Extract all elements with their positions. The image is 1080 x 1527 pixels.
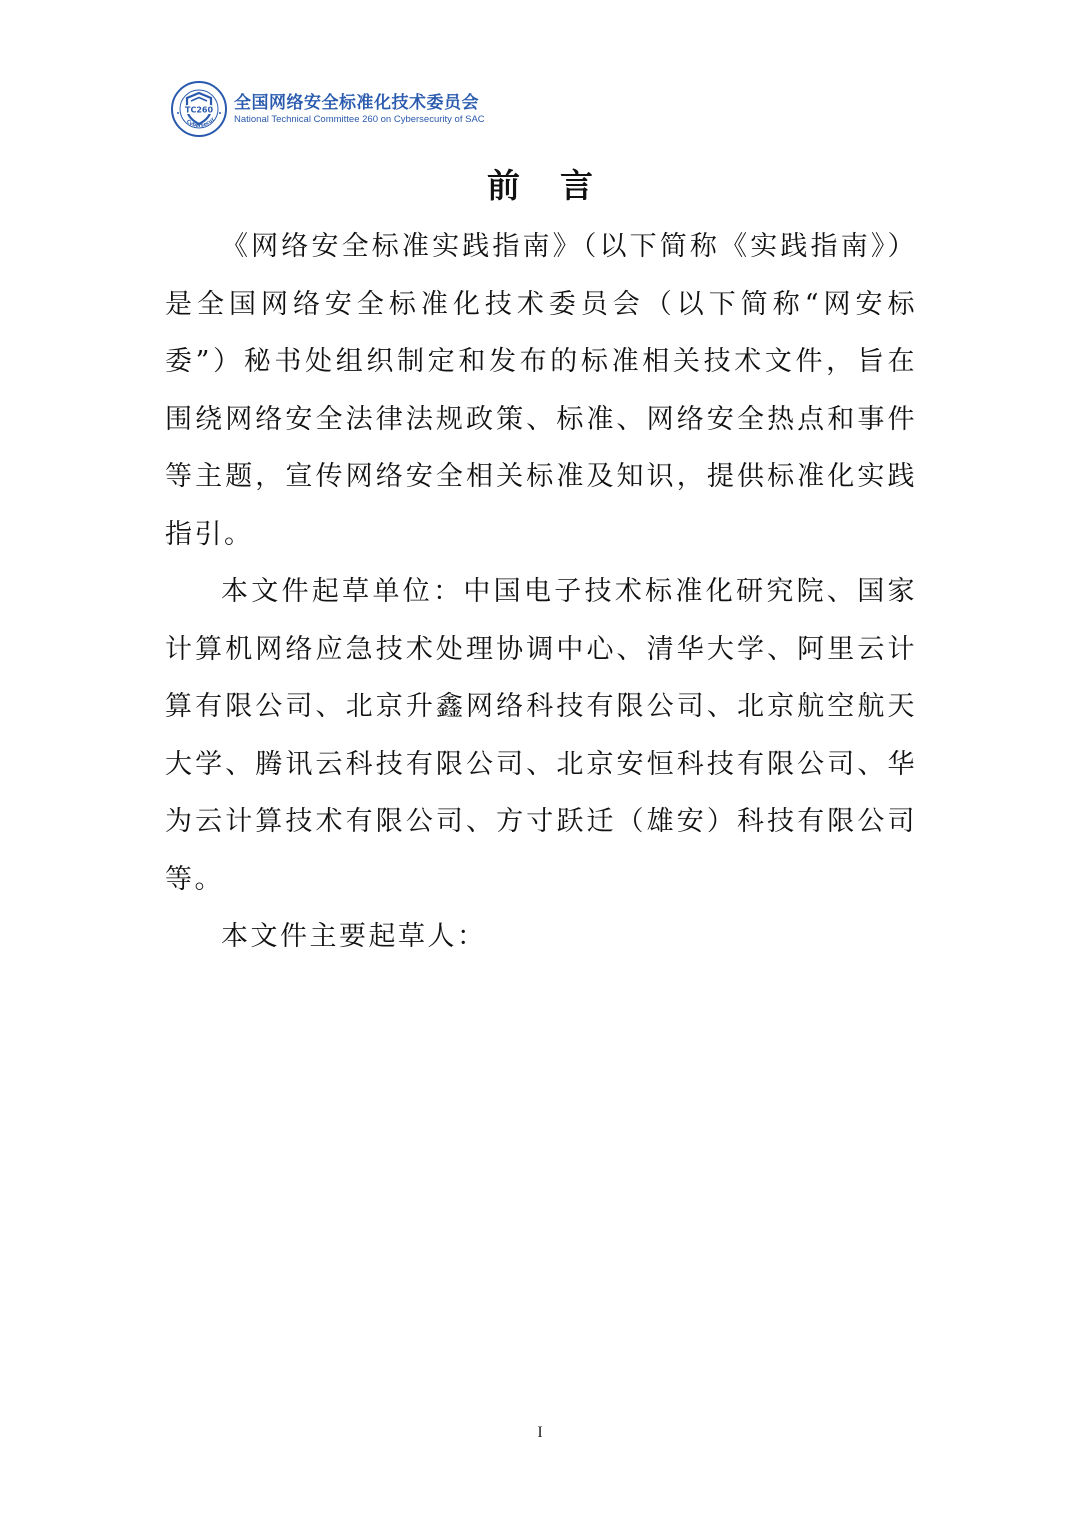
shield-icon: TC260 Cybersecurity [170, 80, 228, 138]
paragraph-drafters: 本文件主要起草人： [165, 908, 917, 966]
page-number: I [0, 1424, 1080, 1442]
tc260-logo: TC260 Cybersecurity [170, 80, 228, 138]
svg-text:TC260: TC260 [185, 106, 213, 115]
document-body: 《网络安全标准实践指南》（以下简称《实践指南》）是全国网络安全标准化技术委员会（… [165, 218, 917, 966]
paragraph-drafting-units: 本文件起草单位：中国电子技术标准化研究院、国家计算机网络应急技术处理协调中心、清… [165, 563, 917, 908]
org-name-en: National Technical Committee 260 on Cybe… [234, 114, 485, 126]
page-header: TC260 Cybersecurity 全国网络安全标准化技术委员会 Natio… [170, 80, 485, 138]
paragraph-intro: 《网络安全标准实践指南》（以下简称《实践指南》）是全国网络安全标准化技术委员会（… [165, 218, 917, 563]
page-title: 前言 [0, 162, 1080, 210]
org-name-cn: 全国网络安全标准化技术委员会 [234, 93, 485, 113]
